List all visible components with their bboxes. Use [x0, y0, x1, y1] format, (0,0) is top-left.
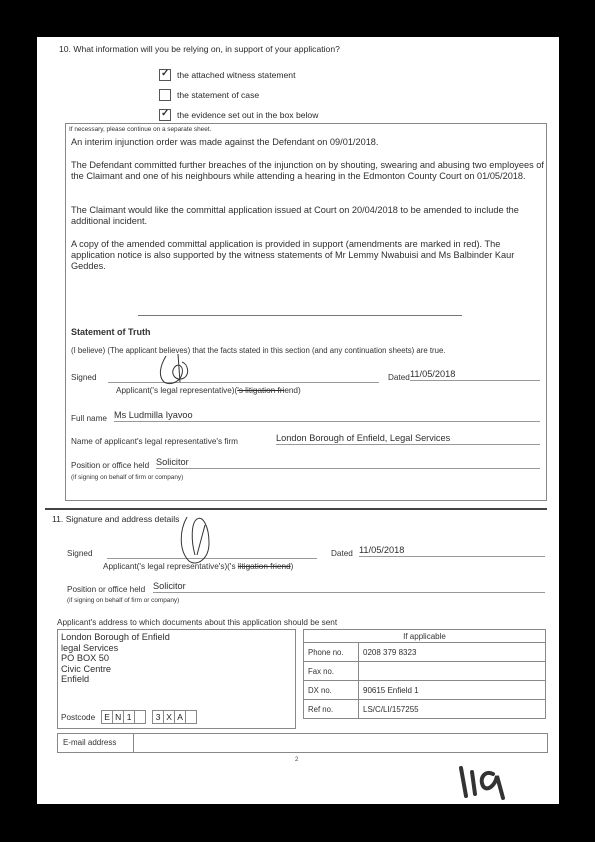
fax-field[interactable] [359, 662, 546, 681]
phone-field[interactable]: 0208 379 8323 [359, 643, 546, 662]
section-10-question: 10. What information will you be relying… [59, 44, 340, 54]
dx-field[interactable]: 90615 Enfield 1 [359, 681, 546, 700]
position-field-11[interactable]: Solicitor [153, 581, 545, 593]
evidence-paragraph-4: A copy of the amended committal applicat… [71, 239, 545, 272]
option-label: the attached witness statement [177, 70, 295, 80]
contact-table: If applicable Phone no. 0208 379 8323 Fa… [303, 629, 546, 719]
dated-label: Dated [388, 373, 410, 382]
email-label: E-mail address [58, 734, 134, 752]
contact-row-fax: Fax no. [304, 662, 546, 681]
dx-label: DX no. [304, 681, 359, 700]
postcode-field[interactable]: Postcode E N 1 3 X A [61, 710, 203, 724]
email-box: E-mail address [57, 733, 548, 753]
postcode-inward[interactable]: 3 X A [152, 710, 197, 724]
position-label: Position or office held [71, 461, 149, 470]
fax-label: Fax no. [304, 662, 359, 681]
option-statement-of-case[interactable]: the statement of case [159, 89, 259, 101]
address-box[interactable]: London Borough of Enfield legal Services… [57, 629, 296, 729]
caption-part: ) [291, 562, 294, 571]
check-icon: ✓ [161, 109, 169, 119]
dated-label-11: Dated [331, 549, 353, 558]
postcode-cell[interactable]: X [163, 710, 174, 724]
address-lines: London Borough of Enfield legal Services… [61, 632, 170, 685]
section-divider [45, 508, 547, 510]
page-number: 2 [295, 757, 298, 763]
option-label: the statement of case [177, 90, 259, 100]
caption-struck: litigation friend [238, 562, 291, 571]
check-icon: ✓ [161, 69, 169, 79]
postcode-cell[interactable]: E [101, 710, 112, 724]
option-witness-statement[interactable]: ✓ the attached witness statement [159, 69, 295, 81]
full-name-field[interactable]: Ms Ludmilla Iyavoo [114, 410, 540, 422]
continue-note: If necessary, please continue on a separ… [69, 126, 211, 133]
option-label: the evidence set out in the box below [177, 110, 318, 120]
signed-label: Signed [71, 373, 97, 382]
form-page: 10. What information will you be relying… [37, 37, 559, 804]
position-field[interactable]: Solicitor [156, 457, 540, 469]
postcode-cell[interactable]: 3 [152, 710, 163, 724]
signature-mark-icon [175, 511, 217, 567]
evidence-paragraph-2: The Defendant committed further breaches… [71, 160, 545, 182]
handwritten-page-number [455, 764, 511, 807]
checkbox-evidence-below[interactable]: ✓ [159, 109, 171, 121]
position-label-11: Position or office held [67, 585, 145, 594]
checkbox-statement-of-case[interactable] [159, 89, 171, 101]
postcode-label: Postcode [61, 713, 95, 722]
firm-field[interactable]: London Borough of Enfield, Legal Service… [276, 433, 540, 445]
address-line: legal Services [61, 643, 170, 654]
email-field[interactable] [134, 734, 547, 752]
postcode-cell[interactable]: N [112, 710, 123, 724]
statement-of-truth-text: (I believe) (The applicant believes) tha… [71, 346, 445, 355]
evidence-paragraph-3: The Claimant would like the committal ap… [71, 205, 545, 227]
handwritten-119-icon [455, 764, 511, 802]
statement-of-truth-title: Statement of Truth [71, 327, 151, 337]
address-heading: Applicant's address to which documents a… [57, 618, 337, 627]
evidence-paragraph-1: An interim injunction order was made aga… [71, 137, 545, 148]
position-note: (if signing on behalf of firm or company… [71, 474, 183, 481]
contact-row-ref: Ref no. LS/C/LI/157255 [304, 700, 546, 719]
contact-row-dx: DX no. 90615 Enfield 1 [304, 681, 546, 700]
position-note-11: (if signing on behalf of firm or company… [67, 597, 179, 604]
full-name-label: Full name [71, 414, 107, 423]
signature-mark-icon [156, 352, 196, 388]
caption-part: Applicant('s legal representative)( [116, 386, 237, 395]
address-line: Enfield [61, 674, 170, 685]
caption-part: Applicant('s legal representative's)('s [103, 562, 238, 571]
evidence-box[interactable]: If necessary, please continue on a separ… [65, 123, 547, 501]
section-11-title: 11. Signature and address details [52, 514, 179, 524]
caption-part: end) [284, 386, 300, 395]
firm-label: Name of applicant's legal representative… [71, 437, 238, 446]
ref-field[interactable]: LS/C/LI/157255 [359, 700, 546, 719]
address-line: London Borough of Enfield [61, 632, 170, 643]
contact-row-phone: Phone no. 0208 379 8323 [304, 643, 546, 662]
address-line: PO BOX 50 [61, 653, 170, 664]
address-line: Civic Centre [61, 664, 170, 675]
option-evidence-below[interactable]: ✓ the evidence set out in the box below [159, 109, 318, 121]
checkbox-witness-statement[interactable]: ✓ [159, 69, 171, 81]
postcode-cell[interactable]: A [174, 710, 185, 724]
signer-caption-11: Applicant('s legal representative's)('s … [103, 562, 293, 571]
postcode-cell[interactable] [134, 710, 145, 724]
caption-struck: 's litigation fri [237, 386, 284, 395]
postcode-outward[interactable]: E N 1 [101, 710, 146, 724]
phone-label: Phone no. [304, 643, 359, 662]
contact-header: If applicable [304, 630, 546, 643]
dated-value[interactable]: 11/05/2018 [410, 369, 540, 381]
postcode-cell[interactable] [185, 710, 196, 724]
separator-line [138, 315, 462, 316]
postcode-cell[interactable]: 1 [123, 710, 134, 724]
signature-line[interactable] [108, 382, 379, 383]
dated-value-11[interactable]: 11/05/2018 [359, 545, 545, 557]
ref-label: Ref no. [304, 700, 359, 719]
signer-caption: Applicant('s legal representative)('s li… [116, 386, 301, 395]
signed-label-11: Signed [67, 549, 93, 558]
